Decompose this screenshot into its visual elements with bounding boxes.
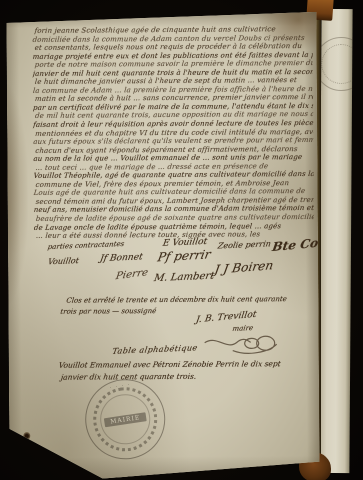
signature-pierre: Pierre [115,267,149,282]
table-alphabetique-heading: Table alphabétique [112,343,199,356]
ink-hole-spot [23,432,30,440]
stamp-bottom-text: · · · [91,442,169,459]
table-entry-line-1: Vouillot Emmanuel avec Pétroni Zénobie P… [58,359,281,370]
signature-pf-perrir: Pf perrir [156,247,211,264]
photo-background: forin jeanne Scolasthique agée de cinqua… [0,0,363,480]
partial-circular-ink-stamp-icon [318,37,352,91]
signature-m-lambert: M. Lambert [153,271,215,285]
closing-statement-line-2: trois par nous — soussigné [60,307,157,316]
parties-contractantes-label: parties contractantes [47,240,125,251]
signature-jj-boiren: J J Boiren [214,258,275,276]
paraph-flourish-icon [203,330,281,355]
signature-jf-bonnet: Jf Bonnet [99,252,143,264]
signature-vouillot: Vouillot [47,256,79,266]
handwritten-body-text: forin jeanne Scolasthique agée de cinqua… [32,25,313,241]
signature-mayor: J. B. Trevillot [195,310,257,326]
stamp-center-text: MAIRIE [104,412,147,427]
next-page-edge [318,9,352,473]
closing-statement-line-1: Clos et arrêté le trente et un décembre … [66,295,288,305]
signature-zeolie-perrin: Zeolie perrin [217,239,272,250]
circular-wreath-ink-stamp-icon: · · · · MAIRIE · · · [80,374,171,465]
document-page: forin jeanne Scolasthique agée de cinqua… [6,12,319,480]
page-stain [1,84,29,304]
